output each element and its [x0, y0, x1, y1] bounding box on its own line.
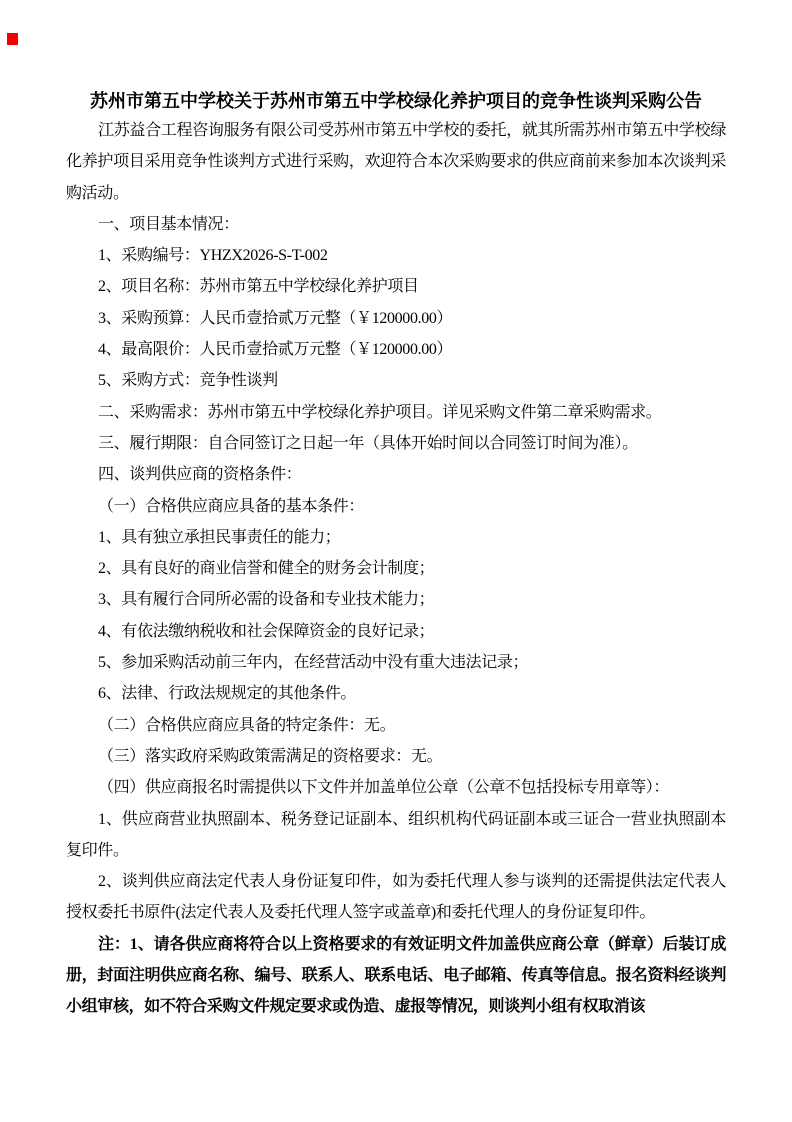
item-max-price: 4、最高限价：人民币壹拾贰万元整（￥120000.00）	[66, 334, 726, 365]
sub-1-basic-conditions-heading: （一）合格供应商应具备的基本条件：	[66, 491, 726, 522]
basic-condition-1: 1、具有独立承担民事责任的能力；	[66, 522, 726, 553]
basic-condition-6: 6、法律、行政法规规定的其他条件。	[66, 678, 726, 709]
section-4-qualifications-heading: 四、谈判供应商的资格条件：	[66, 459, 726, 490]
document-page: 苏州市第五中学校关于苏州市第五中学校绿化养护项目的竞争性谈判采购公告 江苏益合工…	[0, 0, 792, 1122]
item-procurement-number: 1、采购编号：YHZX2026-S-T-002	[66, 240, 726, 271]
sub-3-policy-requirements: （三）落实政府采购政策需满足的资格要求：无。	[66, 741, 726, 772]
document-content: 苏州市第五中学校关于苏州市第五中学校绿化养护项目的竞争性谈判采购公告 江苏益合工…	[66, 87, 726, 1023]
sub-4-registration-documents-heading: （四）供应商报名时需提供以下文件并加盖单位公章（公章不包括投标专用章等）：	[66, 772, 726, 803]
basic-condition-4: 4、有依法缴纳税收和社会保障资金的良好记录；	[66, 616, 726, 647]
red-square-marker	[7, 33, 18, 45]
basic-condition-3: 3、具有履行合同所必需的设备和专业技术能力；	[66, 584, 726, 615]
registration-doc-2: 2、谈判供应商法定代表人身份证复印件，如为委托代理人参与谈判的还需提供法定代表人…	[66, 866, 726, 929]
sub-2-specific-conditions: （二）合格供应商应具备的特定条件：无。	[66, 710, 726, 741]
registration-doc-1: 1、供应商营业执照副本、税务登记证副本、组织机构代码证副本或三证合一营业执照副本…	[66, 804, 726, 867]
intro-paragraph: 江苏益合工程咨询服务有限公司受苏州市第五中学校的委托，就其所需苏州市第五中学校绿…	[66, 115, 726, 209]
section-1-heading: 一、项目基本情况：	[66, 209, 726, 240]
section-2-requirements: 二、采购需求：苏州市第五中学校绿化养护项目。详见采购文件第二章采购需求。	[66, 397, 726, 428]
section-3-performance-period: 三、履行期限：自合同签订之日起一年（具体开始时间以合同签订时间为准）。	[66, 428, 726, 459]
note-paragraph: 注：1、请各供应商将符合以上资格要求的有效证明文件加盖供应商公章（鲜章）后装订成…	[66, 929, 726, 1023]
item-procurement-method: 5、采购方式：竞争性谈判	[66, 365, 726, 396]
document-title: 苏州市第五中学校关于苏州市第五中学校绿化养护项目的竞争性谈判采购公告	[66, 87, 726, 115]
basic-condition-2: 2、具有良好的商业信誉和健全的财务会计制度；	[66, 553, 726, 584]
item-budget: 3、采购预算：人民币壹拾贰万元整（￥120000.00）	[66, 303, 726, 334]
basic-condition-5: 5、参加采购活动前三年内，在经营活动中没有重大违法记录；	[66, 647, 726, 678]
item-project-name: 2、项目名称：苏州市第五中学校绿化养护项目	[66, 271, 726, 302]
